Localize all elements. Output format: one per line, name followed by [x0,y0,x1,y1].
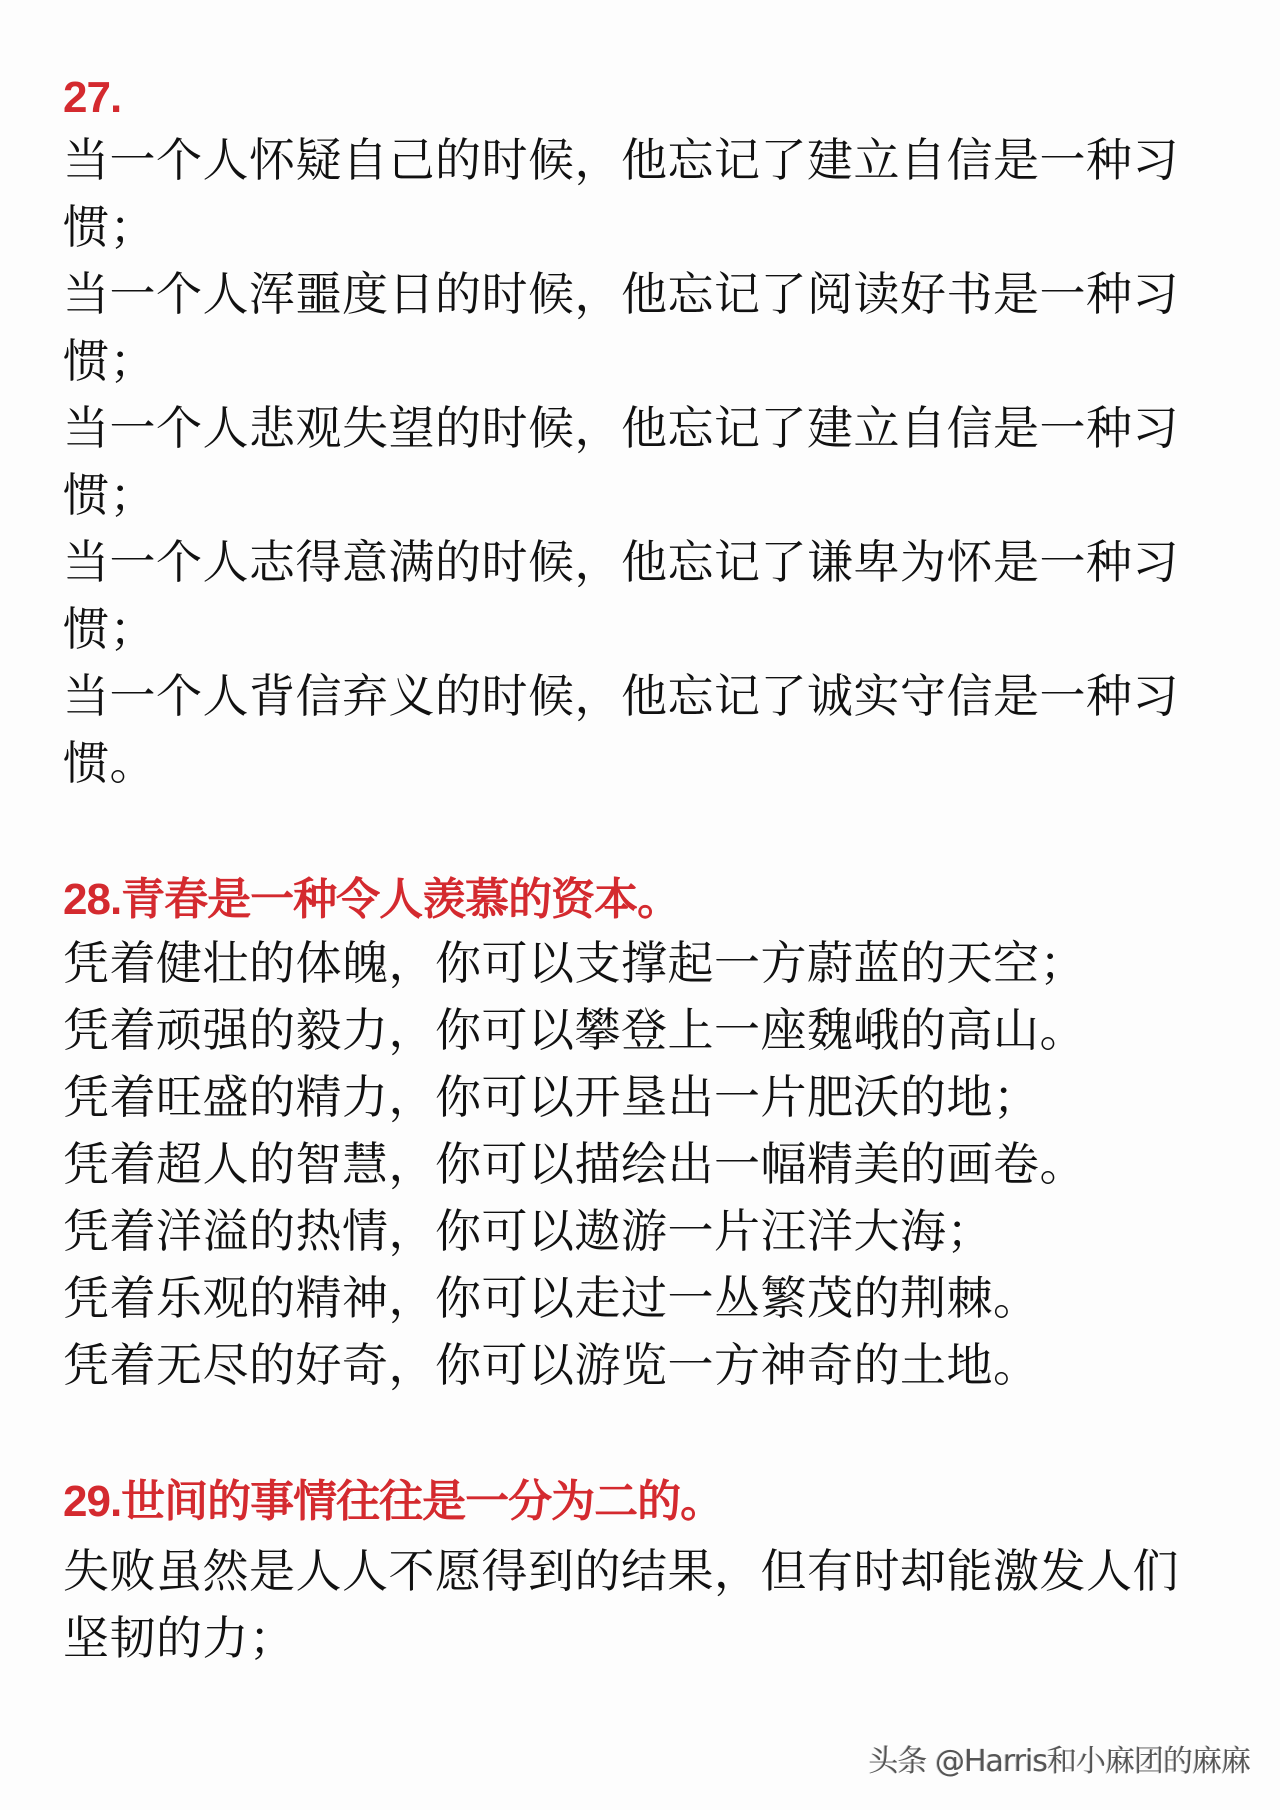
body-line: 惯； [63,194,1223,261]
section-title: 青春是一种令人羡慕的资本。 [121,874,680,925]
body-line: 惯； [63,596,1223,663]
body-line: 失败虽然是人人不愿得到的结果，但有时却能激发人们 [63,1538,1223,1605]
body-line: 当一个人浑噩度日的时候，他忘记了阅读好书是一种习 [63,261,1223,328]
section-title: 世间的事情往往是一分为二的。 [121,1476,723,1527]
section-29-heading: 29.世间的事情往往是一分为二的。 [63,1468,1223,1535]
watermark: 头条 @Harris和小麻团的麻麻 [868,1740,1250,1784]
body-line: 惯。 [63,730,1223,797]
body-line: 当一个人背信弃义的时候，他忘记了诚实守信是一种习 [63,663,1223,730]
body-line: 惯； [63,462,1223,529]
section-28-body: 凭着健壮的体魄，你可以支撑起一方蔚蓝的天空； 凭着顽强的毅力，你可以攀登上一座魏… [63,930,1223,1399]
body-line: 凭着超人的智慧，你可以描绘出一幅精美的画卷。 [63,1131,1223,1198]
body-line: 惯； [63,328,1223,395]
body-line: 凭着顽强的毅力，你可以攀登上一座魏峨的高山。 [63,997,1223,1064]
article-image: 27. 当一个人怀疑自己的时候，他忘记了建立自信是一种习 惯； 当一个人浑噩度日… [0,0,1280,1810]
section-27-heading: 27. [63,64,1223,131]
section-29-body: 失败虽然是人人不愿得到的结果，但有时却能激发人们 坚韧的力； [63,1538,1223,1672]
section-27-body: 当一个人怀疑自己的时候，他忘记了建立自信是一种习 惯； 当一个人浑噩度日的时候，… [63,127,1223,797]
body-line: 凭着旺盛的精力，你可以开垦出一片肥沃的地； [63,1064,1223,1131]
body-line: 当一个人悲观失望的时候，他忘记了建立自信是一种习 [63,395,1223,462]
body-line: 当一个人怀疑自己的时候，他忘记了建立自信是一种习 [63,127,1223,194]
body-line: 凭着乐观的精神，你可以走过一丛繁茂的荆棘。 [63,1265,1223,1332]
body-line: 坚韧的力； [63,1605,1223,1672]
body-line: 凭着无尽的好奇，你可以游览一方神奇的土地。 [63,1332,1223,1399]
section-number: 28. [63,875,121,924]
section-28-heading: 28.青春是一种令人羡慕的资本。 [63,866,1223,933]
section-number: 29. [63,1477,121,1526]
body-line: 凭着洋溢的热情，你可以遨游一片汪洋大海； [63,1198,1223,1265]
body-line: 凭着健壮的体魄，你可以支撑起一方蔚蓝的天空； [63,930,1223,997]
section-number: 27. [63,73,121,122]
body-line: 当一个人志得意满的时候，他忘记了谦卑为怀是一种习 [63,529,1223,596]
